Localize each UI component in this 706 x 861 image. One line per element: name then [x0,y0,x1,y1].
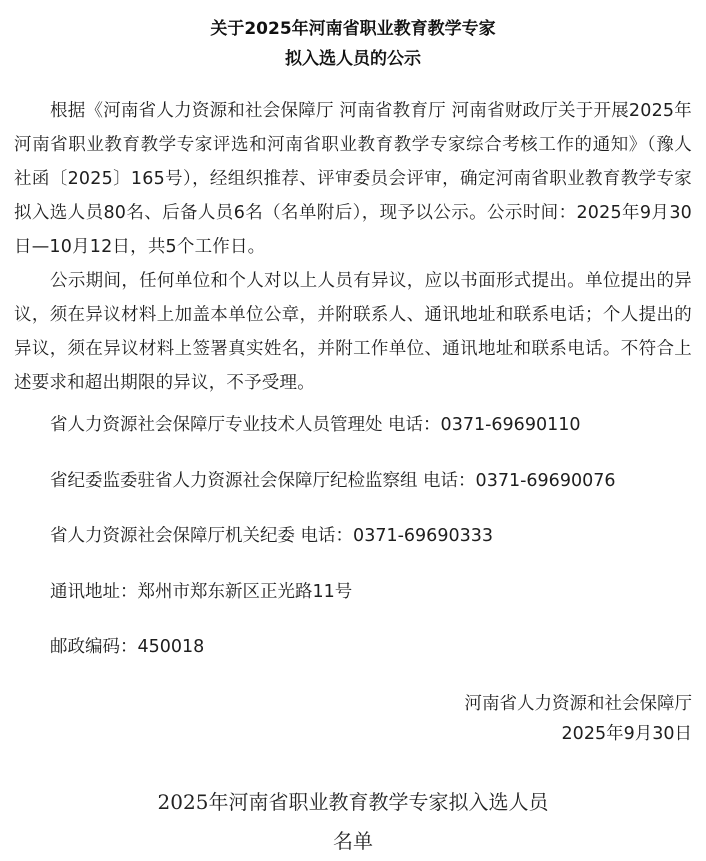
mailing-address: 通讯地址：郑州市郑东新区正光路11号 [50,580,352,604]
attachment-title-line2: 名单 [0,825,706,854]
attachment-title-line1: 2025年河南省职业教育教学专家拟入选人员 [0,786,706,815]
body-paragraph-objection: 公示期间，任何单位和个人对以上人员有异议，应以书面形式提出。单位提出的异议，须在… [14,264,692,400]
body-paragraph-basis: 根据《河南省人力资源和社会保障厅 河南省教育厅 河南省财政厅关于开展2025年河… [14,94,692,264]
contact-professional-office: 省人力资源社会保障厅专业技术人员管理处 电话：0371-69690110 [50,413,580,437]
signature-date: 2025年9月30日 [562,722,692,746]
notice-title-line2: 拟入选人员的公示 [0,44,706,69]
postal-code: 邮政编码：450018 [50,635,204,659]
contact-agency-discipline: 省人力资源社会保障厅机关纪委 电话：0371-69690333 [50,524,493,548]
signature-org: 河南省人力资源和社会保障厅 [465,692,693,716]
notice-title-line1: 关于2025年河南省职业教育教学专家 [0,14,706,39]
contact-discipline-inspection: 省纪委监委驻省人力资源社会保障厅纪检监察组 电话：0371-69690076 [50,469,615,493]
